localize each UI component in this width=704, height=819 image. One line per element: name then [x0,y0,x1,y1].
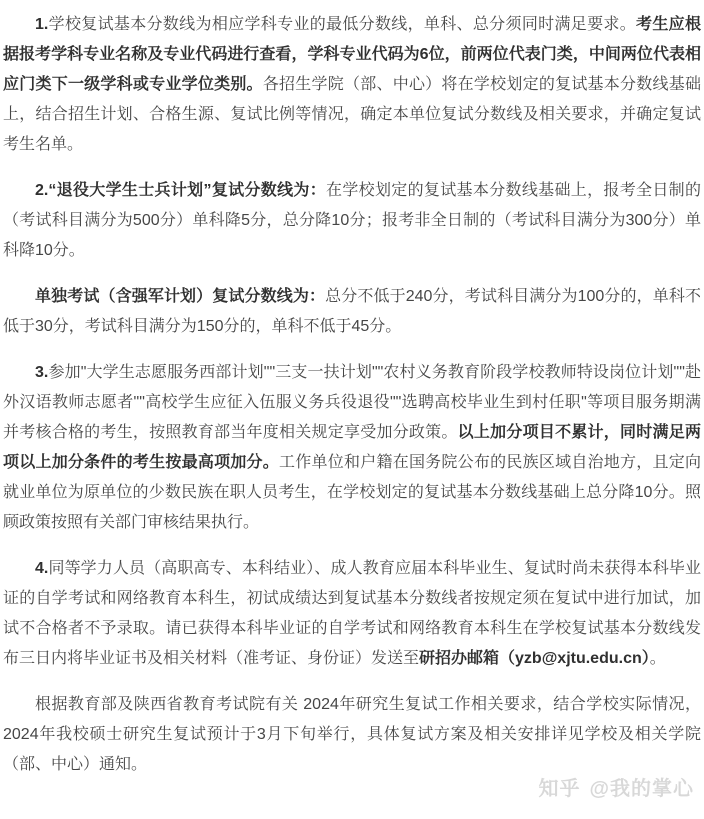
text-run: 1. [35,16,48,33]
text-run: 。 [650,650,666,667]
text-run: 学校复试基本分数线为相应学科专业的最低分数线，单科、总分须同时满足要求。 [48,16,636,33]
text-run: 根据教育部及陕西省教育考试院有关 2024年研究生复试工作相关要求，结合学校实际… [3,696,701,773]
text-run: 单独考试（含强军计划）复试分数线为： [35,288,325,305]
article-body: 1.学校复试基本分数线为相应学科专业的最低分数线，单科、总分须同时满足要求。考生… [0,0,704,780]
watermark-author: @我的掌心 [589,778,694,800]
paragraph-school-baseline: 1.学校复试基本分数线为相应学科专业的最低分数线，单科、总分须同时满足要求。考生… [3,10,701,160]
text-run: 3. [35,364,48,381]
paragraph-schedule-notice: 根据教育部及陕西省教育考试院有关 2024年研究生复试工作相关要求，结合学校实际… [3,690,701,780]
text-run: 4. [35,560,48,577]
zhihu-logo-text: 知乎 [538,778,580,800]
text-run: 研招办邮箱（yzb@xjtu.edu.cn） [419,650,650,667]
paragraph-bonus-policy: 3.参加"大学生志愿服务西部计划""三支一扶计划""农村义务教育阶段学校教师特设… [3,358,701,538]
paragraph-veteran-plan: 2.“退役大学生士兵计划”复试分数线为：在学校划定的复试基本分数线基础上，报考全… [3,176,701,266]
paragraph-separate-exam: 单独考试（含强军计划）复试分数线为：总分不低于240分，考试科目满分为100分的… [3,282,701,342]
text-run: 2.“退役大学生士兵计划”复试分数线为： [35,182,326,199]
zhihu-watermark: 知乎@我的掌心 [538,772,694,801]
paragraph-equivalent-degree: 4.同等学力人员（高职高专、本科结业）、成人教育应届本科毕业生、复试时尚未获得本… [3,554,701,674]
